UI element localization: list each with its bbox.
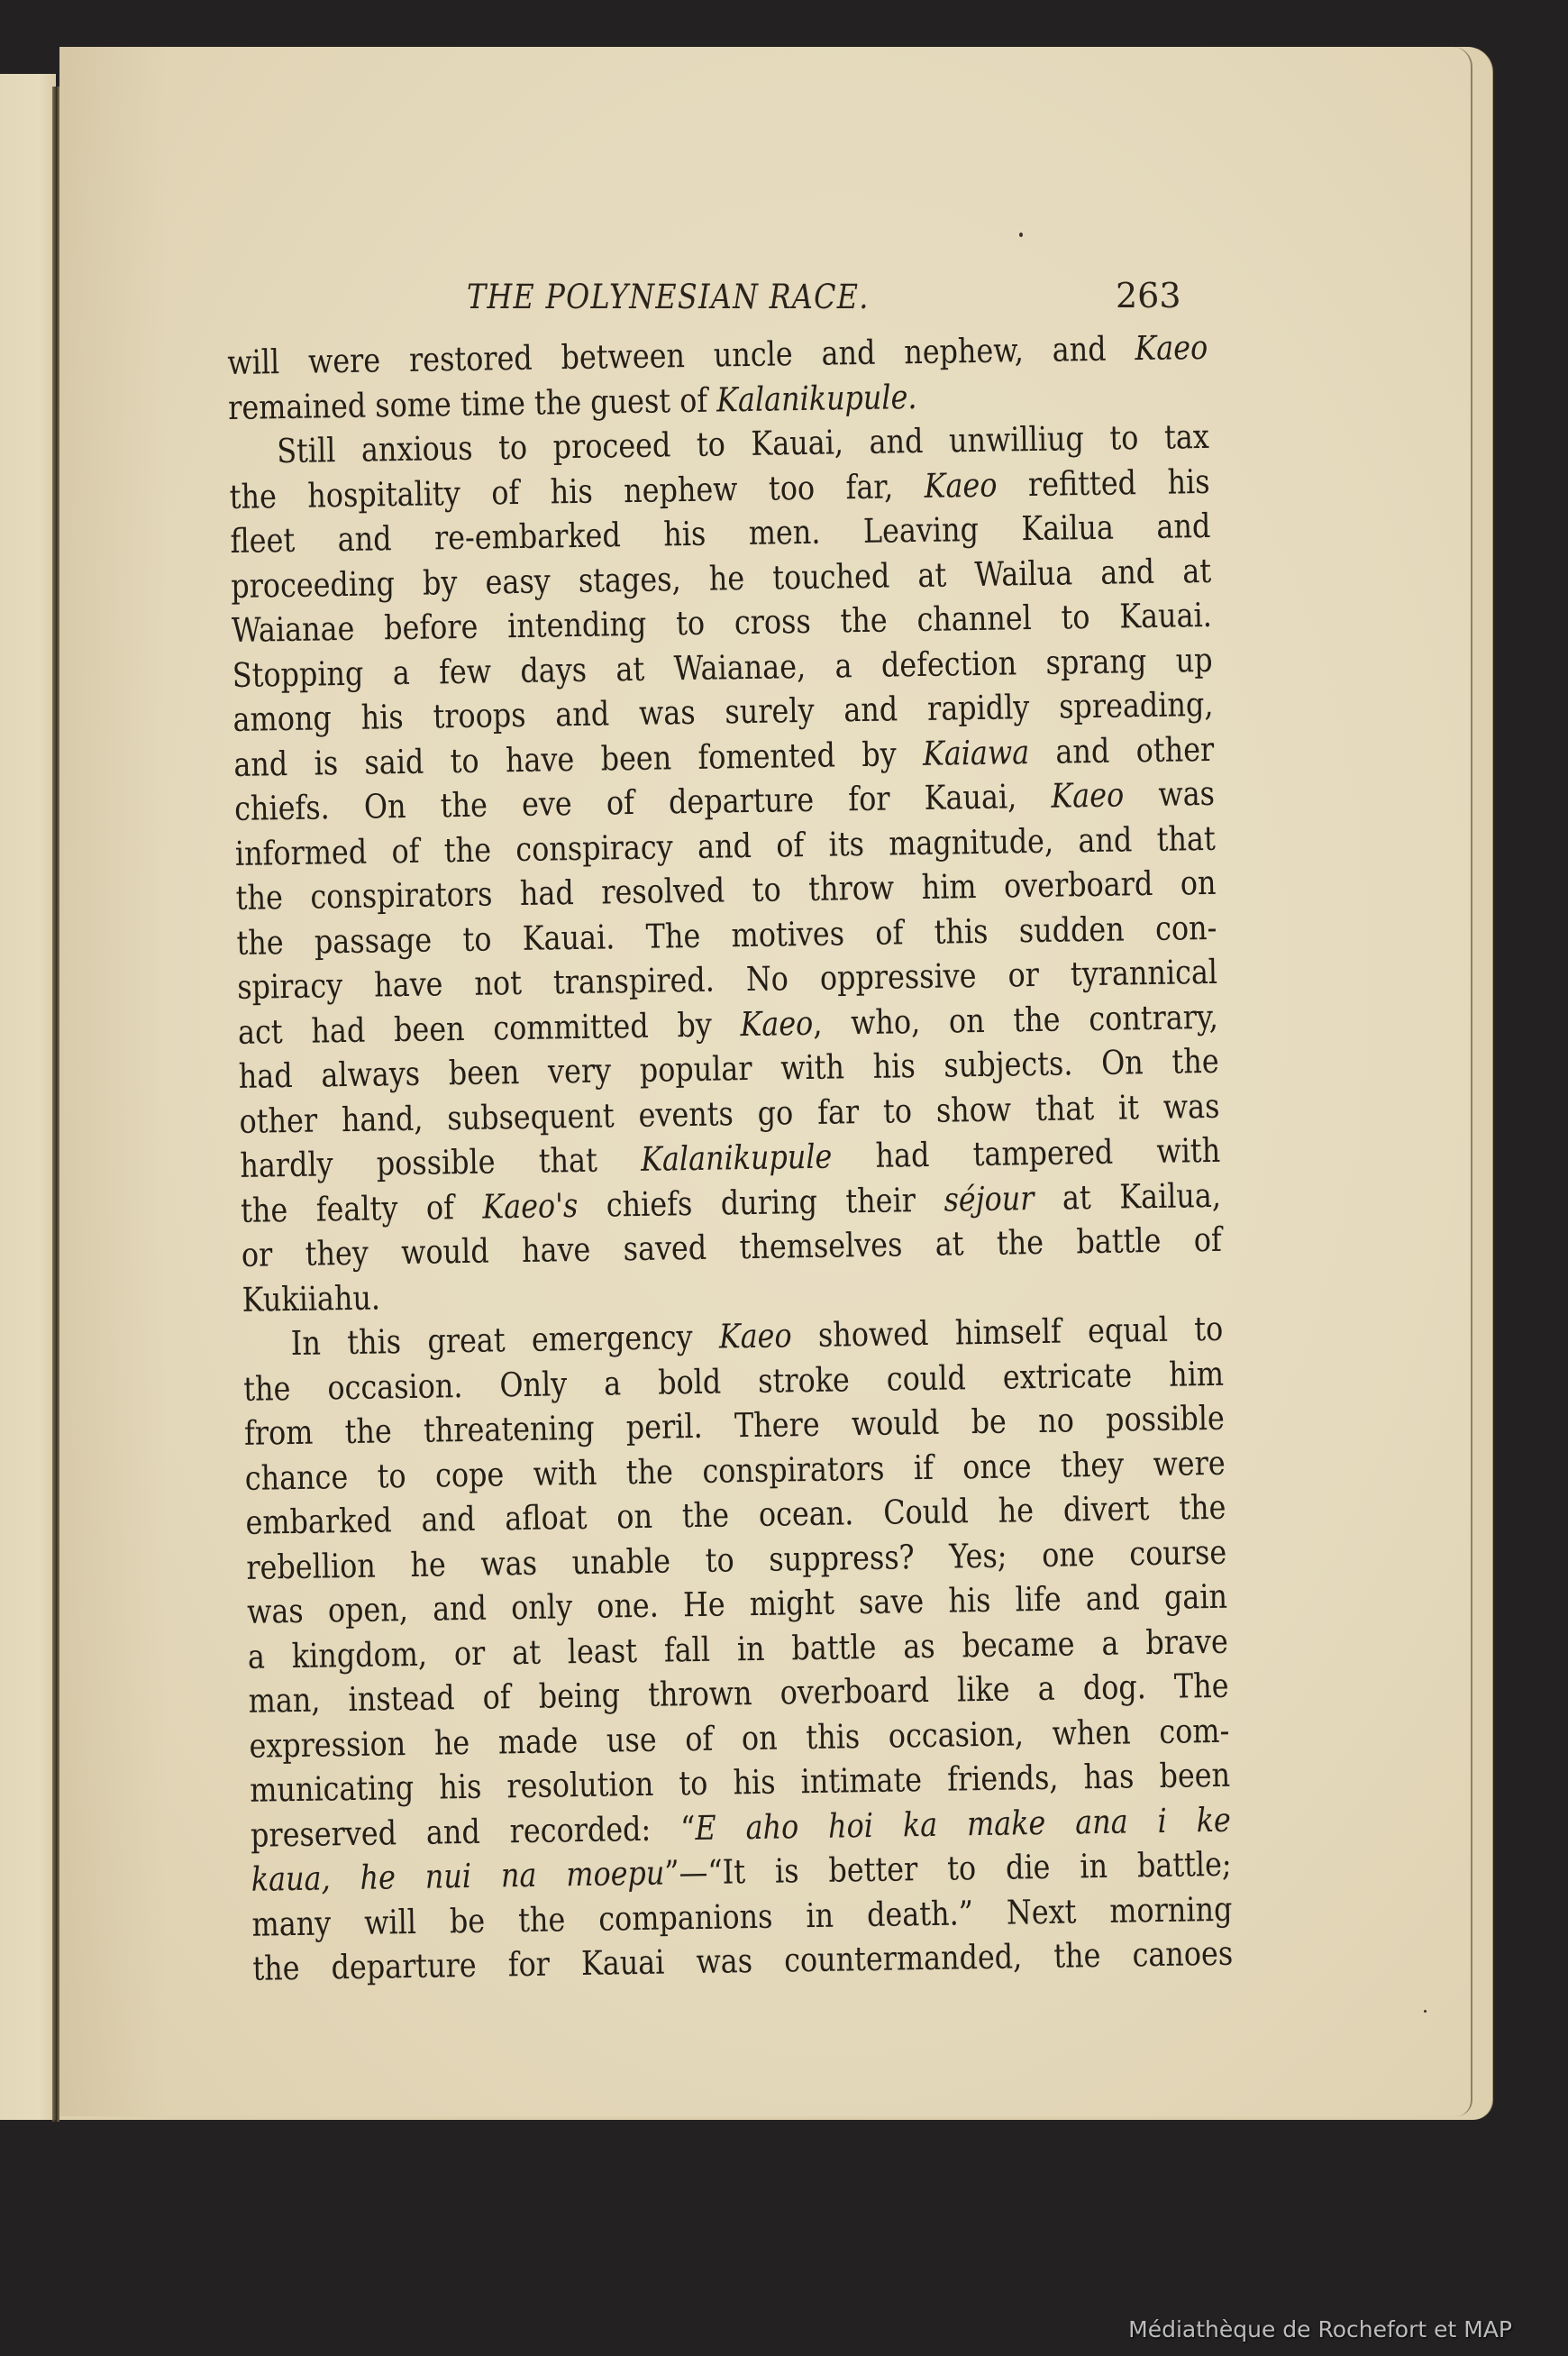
text-run: , who, on the contrary, <box>813 997 1218 1042</box>
text-run: at Kailua, <box>1034 1175 1221 1217</box>
page-shadow <box>59 47 168 2116</box>
text-run: act had been committed by <box>238 1005 741 1052</box>
book-gutter <box>52 87 59 2122</box>
text-run: the hospitality of his nephew too far, <box>229 466 925 516</box>
italic-term: Kalanikupule <box>641 1137 833 1179</box>
italic-term: Kaiawa <box>923 733 1030 773</box>
italic-term: séjour <box>944 1179 1035 1219</box>
italic-term: Kaeo <box>924 465 997 505</box>
italic-term: kaua, he nui na moepu <box>251 1854 664 1899</box>
text-run: Kukiiahu. <box>242 1278 380 1319</box>
ink-speck <box>1019 233 1023 237</box>
text-run: and is said to have been fomented by <box>233 734 923 783</box>
page-number: 263 <box>1116 276 1181 315</box>
text-run: chiefs during their <box>578 1180 944 1224</box>
text-run: the fealty of <box>241 1187 483 1229</box>
text-run: remained some time the guest of <box>228 380 717 427</box>
text-run: hardly possible that <box>240 1140 641 1185</box>
text-run: preserved and recorded: “ <box>251 1809 696 1855</box>
previous-page-edge <box>0 74 56 2120</box>
running-head: THE POLYNESIAN RACE. 263 <box>360 272 1171 326</box>
running-title: THE POLYNESIAN RACE. <box>467 278 870 316</box>
italic-term: E aho hoi ka make ana i ke <box>695 1800 1231 1847</box>
text-run: ”—“It is better to die in battle; <box>664 1845 1232 1893</box>
text-run: refitted his <box>997 461 1210 504</box>
watermark-credit: Médiathèque de Rochefort et MAP <box>1128 2316 1512 2342</box>
italic-term: Kaeo's <box>482 1186 578 1227</box>
text-run: had tampered with <box>832 1131 1221 1176</box>
italic-term: Kaeo <box>719 1316 792 1356</box>
text-run: In this great emergency <box>290 1318 719 1363</box>
text-run: showed himself equal to <box>791 1310 1223 1356</box>
text-run: was <box>1124 774 1215 815</box>
italic-term: Kaeo <box>1135 328 1208 368</box>
italic-term: Kalanikupule. <box>716 377 917 418</box>
body-text: will were restored between uncle and nep… <box>227 325 1235 1991</box>
ink-speck <box>1424 2010 1427 2013</box>
text-run: and other <box>1029 729 1215 771</box>
italic-term: Kaeo <box>1051 775 1124 815</box>
italic-term: Kaeo <box>740 1003 813 1043</box>
